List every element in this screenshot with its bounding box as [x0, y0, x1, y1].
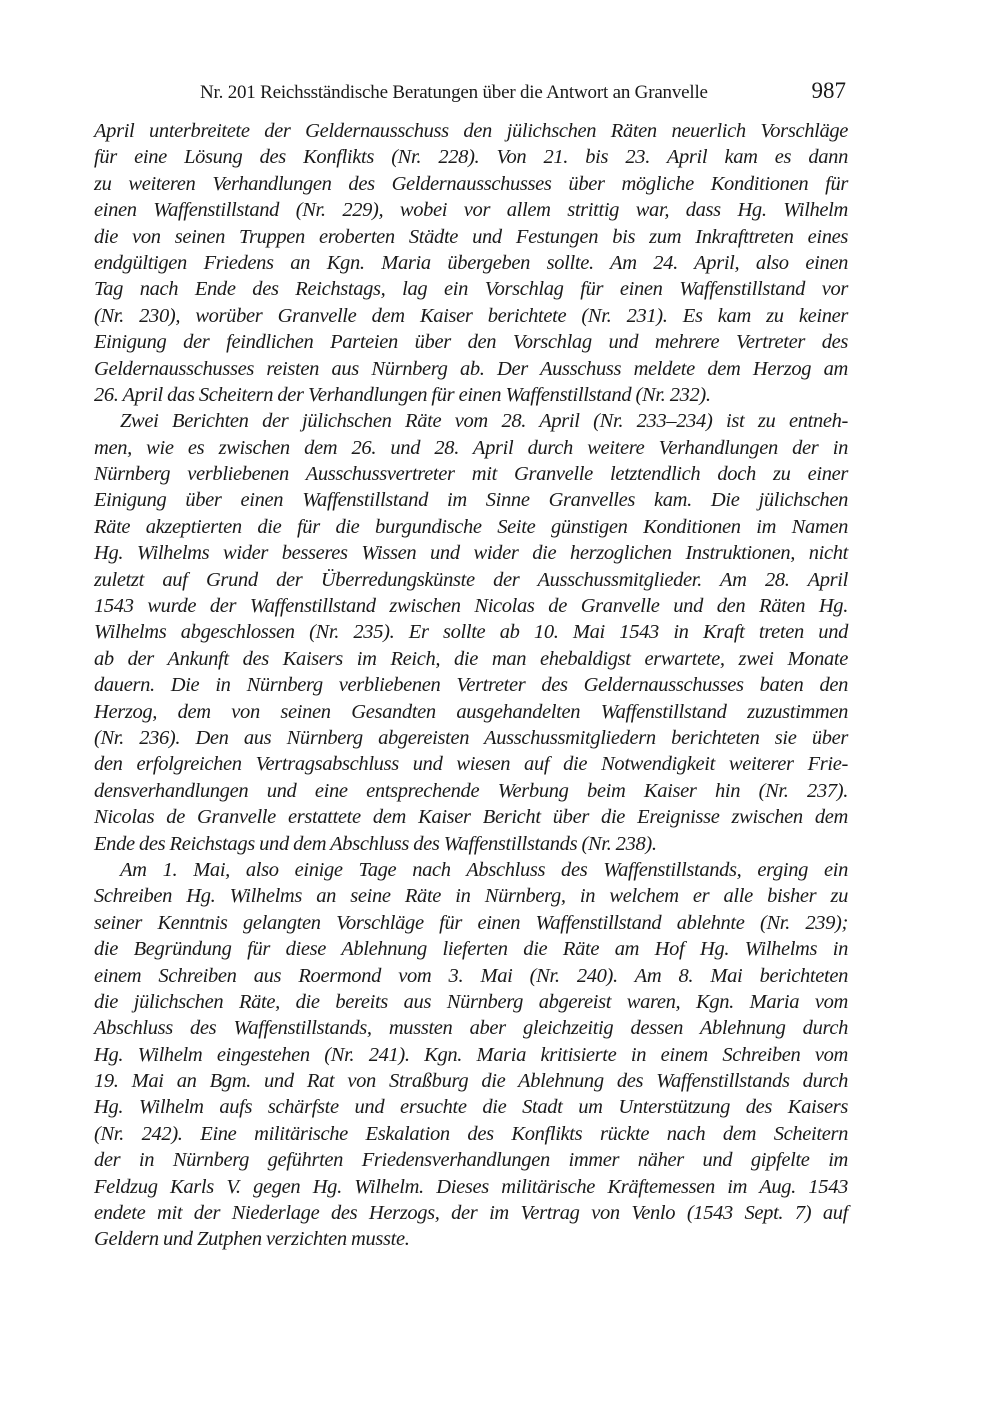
text-line: (Nr. 242). Eine militärische Eskalation …	[94, 1121, 848, 1147]
text-line: men, wie es zwischen dem 26. und 28. Apr…	[94, 435, 848, 461]
text-line: endgültigen Friedens an Kgn. Maria überg…	[94, 250, 848, 276]
text-line: densverhandlungen und eine entsprechende…	[94, 778, 848, 804]
text-line: Am 1. Mai, also einige Tage nach Abschlu…	[94, 857, 848, 883]
text-line: Feldzug Karls V. gegen Hg. Wilhelm. Dies…	[94, 1174, 848, 1200]
text-line: seiner Kenntnis gelangten Vorschläge für…	[94, 910, 848, 936]
text-line: den erfolgreichen Vertragsabschluss und …	[94, 751, 848, 777]
text-line: ab der Ankunft des Kaisers im Reich, die…	[94, 646, 848, 672]
text-line: April unterbreitete der Geldernausschuss…	[94, 118, 848, 144]
text-line: Abschluss des Waffenstillstands, mussten…	[94, 1015, 848, 1041]
text-line: endete mit der Niederlage des Herzogs, d…	[94, 1200, 848, 1226]
text-line: die jülichschen Räte, die bereits aus Nü…	[94, 989, 848, 1015]
paragraph: April unterbreitete der Geldernausschuss…	[94, 118, 848, 408]
text-line: Tag nach Ende des Reichstags, lag ein Vo…	[94, 276, 848, 302]
text-line: Ende des Reichstags und dem Abschluss de…	[94, 831, 848, 857]
text-line: Geldern und Zutphen verzichten musste.	[94, 1226, 848, 1252]
text-line: Wilhelms abgeschlossen (Nr. 235). Er sol…	[94, 619, 848, 645]
text-line: Hg. Wilhelm eingestehen (Nr. 241). Kgn. …	[94, 1042, 848, 1068]
text-line: Nicolas de Granvelle erstattete dem Kais…	[94, 804, 848, 830]
text-line: 19. Mai an Bgm. und Rat von Straßburg di…	[94, 1068, 848, 1094]
text-line: die von seinen Truppen eroberten Städte …	[94, 224, 848, 250]
text-line: einen Waffenstillstand (Nr. 229), wobei …	[94, 197, 848, 223]
page-header: Nr. 201 Reichsständische Beratungen über…	[94, 78, 848, 108]
text-line: einem Schreiben aus Roermond vom 3. Mai …	[94, 963, 848, 989]
text-line: Räte akzeptierten die für die burgundisc…	[94, 514, 848, 540]
body-text: April unterbreitete der Geldernausschuss…	[94, 118, 848, 1253]
text-line: für eine Lösung des Konflikts (Nr. 228).…	[94, 144, 848, 170]
text-line: 1543 wurde der Waffenstillstand zwischen…	[94, 593, 848, 619]
text-line: (Nr. 230), worüber Granvelle dem Kaiser …	[94, 303, 848, 329]
text-line: (Nr. 236). Den aus Nürnberg abgereisten …	[94, 725, 848, 751]
page-number: 987	[812, 78, 847, 104]
text-line: Herzog, dem von seinen Gesandten ausgeha…	[94, 699, 848, 725]
text-line: zuletzt auf Grund der Überredungskünste …	[94, 567, 848, 593]
text-line: die Begründung für diese Ablehnung liefe…	[94, 936, 848, 962]
paragraph: Zwei Berichten der jülichschen Räte vom …	[94, 408, 848, 857]
text-line: Zwei Berichten der jülichschen Räte vom …	[94, 408, 848, 434]
text-line: der in Nürnberg geführten Friedensverhan…	[94, 1147, 848, 1173]
running-title: Nr. 201 Reichsständische Beratungen über…	[200, 82, 708, 104]
text-line: dauern. Die in Nürnberg verbliebenen Ver…	[94, 672, 848, 698]
paragraph: Am 1. Mai, also einige Tage nach Abschlu…	[94, 857, 848, 1253]
text-line: Einigung der feindlichen Parteien über d…	[94, 329, 848, 355]
text-line: Hg. Wilhelm aufs schärfste und ersuchte …	[94, 1094, 848, 1120]
text-line: Nürnberg verbliebenen Ausschussvertreter…	[94, 461, 848, 487]
text-line: Geldernausschusses reisten aus Nürnberg …	[94, 356, 848, 382]
text-line: Schreiben Hg. Wilhelms an seine Räte in …	[94, 883, 848, 909]
text-line: 26. April das Scheitern der Verhandlunge…	[94, 382, 848, 408]
text-line: Einigung über einen Waffenstillstand im …	[94, 487, 848, 513]
text-line: zu weiteren Verhandlungen des Geldernaus…	[94, 171, 848, 197]
text-line: Hg. Wilhelms wider besseres Wissen und w…	[94, 540, 848, 566]
